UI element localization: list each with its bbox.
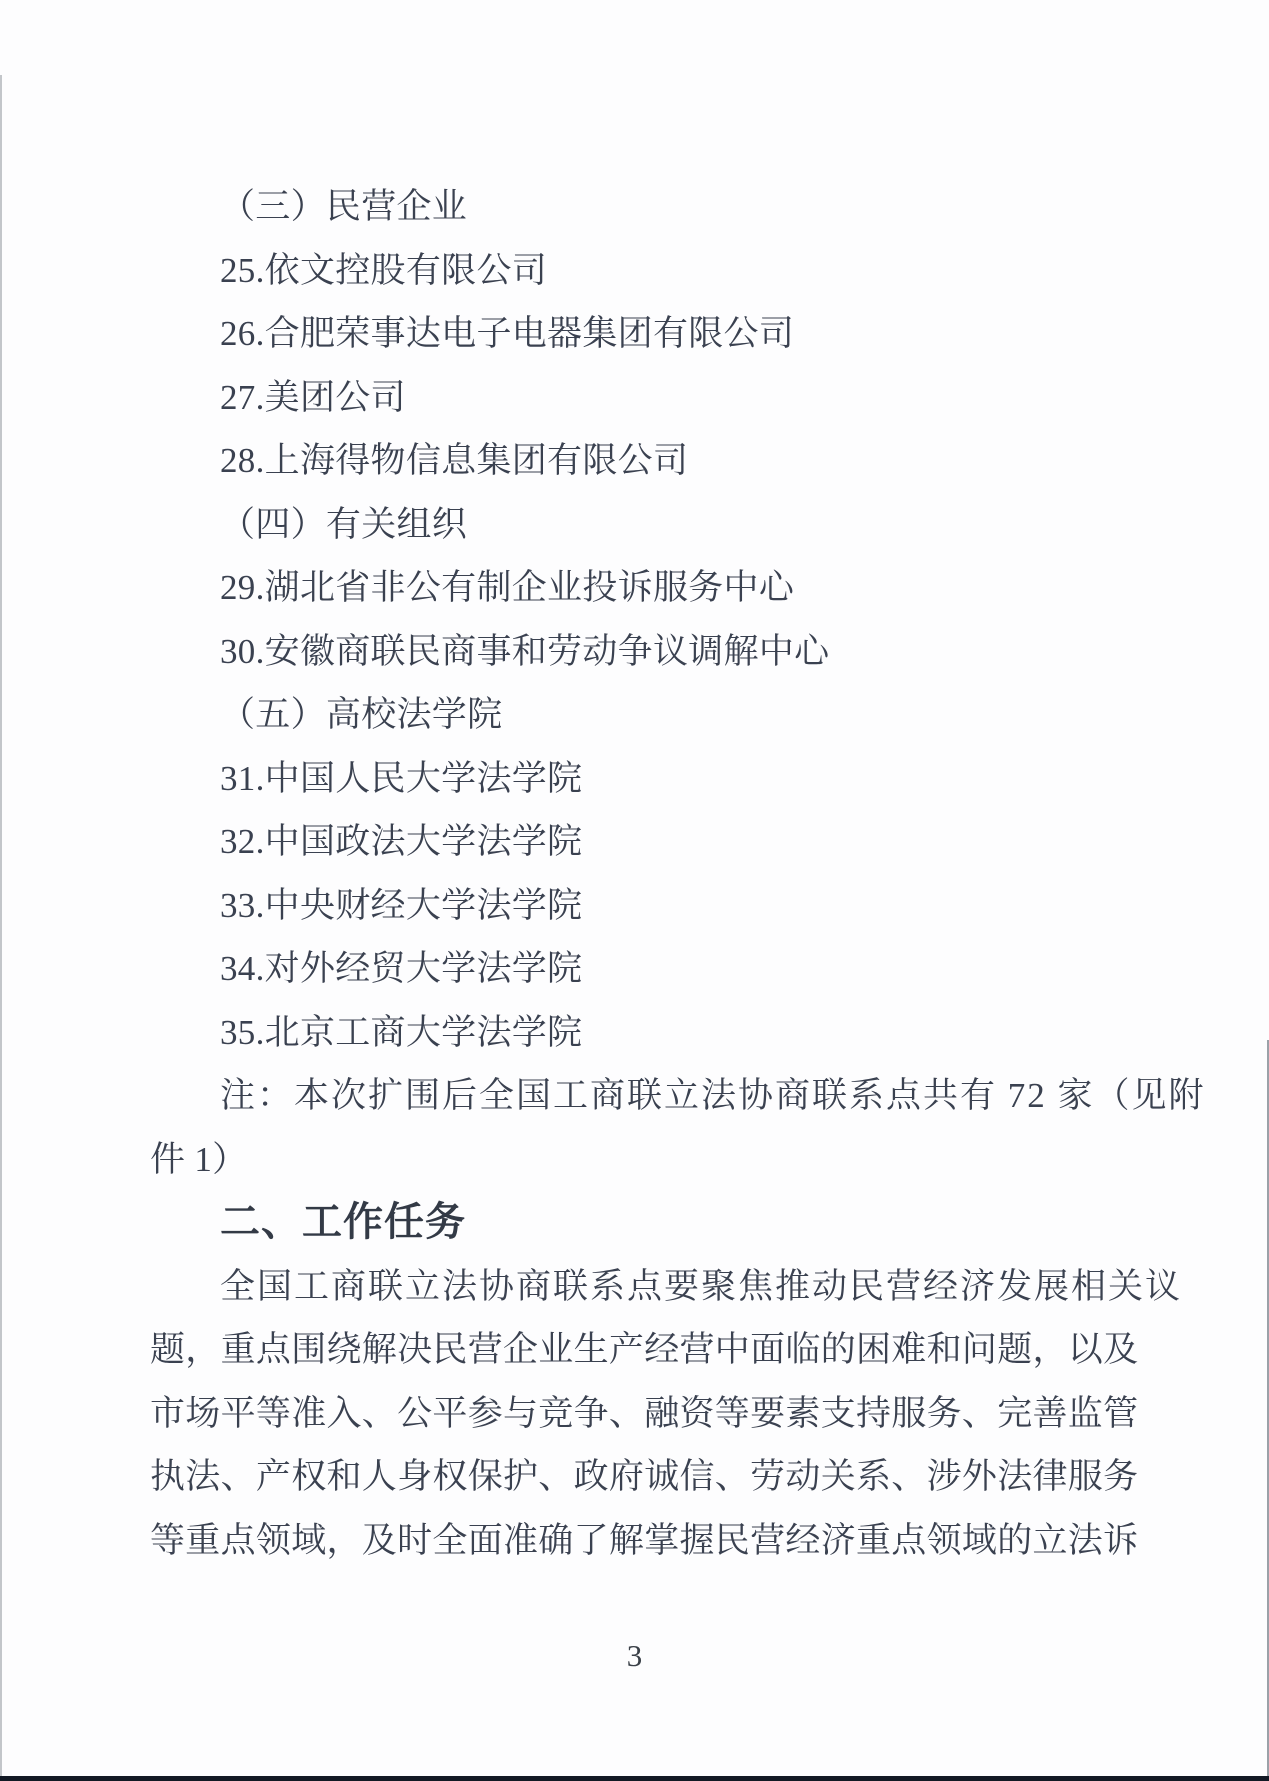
paragraph-line-2: 题，重点围绕解决民营企业生产经营中面临的困难和问题，以及 xyxy=(150,1318,1140,1382)
list-item-29: 29.湖北省非公有制企业投诉服务中心 xyxy=(150,556,1140,620)
list-item-31: 31.中国人民大学法学院 xyxy=(150,747,1140,811)
document-body: （三）民营企业25.依文控股有限公司26.合肥荣事达电子电器集团有限公司27.美… xyxy=(150,175,1140,1572)
section-heading: 二、工作任务 xyxy=(150,1191,1140,1255)
paragraph-line-5: 等重点领域，及时全面准确了解掌握民营经济重点领域的立法诉 xyxy=(150,1509,1140,1573)
list-item-34: 34.对外经贸大学法学院 xyxy=(150,937,1140,1001)
paragraph-line-4: 执法、产权和人身权保护、政府诚信、劳动关系、涉外法律服务 xyxy=(150,1445,1140,1509)
list-item-28: 28.上海得物信息集团有限公司 xyxy=(150,429,1140,493)
document-page: （三）民营企业25.依文控股有限公司26.合肥荣事达电子电器集团有限公司27.美… xyxy=(0,0,1269,1781)
list-item-35: 35.北京工商大学法学院 xyxy=(150,1001,1140,1065)
list-item-27: 27.美团公司 xyxy=(150,366,1140,430)
list-item-33: 33.中央财经大学法学院 xyxy=(150,874,1140,938)
list-item-26: 26.合肥荣事达电子电器集团有限公司 xyxy=(150,302,1140,366)
list-section-3-title: （三）民营企业 xyxy=(150,175,1140,239)
list-item-32: 32.中国政法大学法学院 xyxy=(150,810,1140,874)
list-section-5-title: （五）高校法学院 xyxy=(150,683,1140,747)
paragraph-line-3: 市场平等准入、公平参与竞争、融资等要素支持服务、完善监管 xyxy=(150,1382,1140,1446)
scan-edge-bottom-bar xyxy=(0,1776,1269,1781)
note-line-1: 注：本次扩围后全国工商联立法协商联系点共有 72 家（见附 xyxy=(150,1064,1140,1128)
note-line-2: 件 1） xyxy=(150,1128,1140,1192)
list-section-4-title: （四）有关组织 xyxy=(150,493,1140,557)
paragraph-line-1: 全国工商联立法协商联系点要聚焦推动民营经济发展相关议 xyxy=(150,1255,1140,1319)
scan-edge-left-line xyxy=(0,75,2,1776)
list-item-25: 25.依文控股有限公司 xyxy=(150,239,1140,303)
page-number: 3 xyxy=(0,1638,1269,1674)
list-item-30: 30.安徽商联民商事和劳动争议调解中心 xyxy=(150,620,1140,684)
